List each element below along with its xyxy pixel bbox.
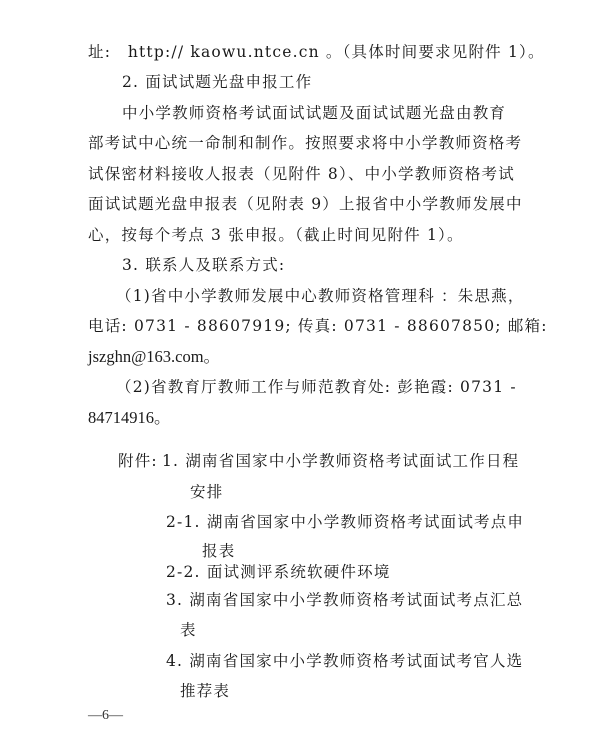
attachment-item-3: 3. 湖南省国家中小学教师资格考试面试考点汇总 — [166, 590, 523, 610]
paragraph-line: 面试试题光盘申报表（见附表 9）上报省中小学教师发展中 — [88, 194, 523, 214]
document-page: 址: http:// kaowu.ntce.cn 。（具体时间要求见附件 1）。… — [0, 0, 591, 744]
attachment-item-4-cont: 推荐表 — [180, 681, 230, 701]
attachment-item-2-1-cont: 报表 — [202, 541, 235, 561]
contact-email: jszghn@163.com。 — [88, 347, 220, 367]
text-line-url: 址: http:// kaowu.ntce.cn 。（具体时间要求见附件 1）。 — [88, 42, 545, 62]
paragraph-line: 试保密材料接收人报表（见附件 8）、中小学教师资格考试 — [88, 164, 515, 184]
contact-line-2: （2)省教育厅教师工作与师范教育处: 彭艳霞: 0731 - — [116, 377, 517, 397]
section-heading-2: 2. 面试试题光盘申报工作 — [122, 72, 312, 92]
attachment-item-1: 1. 湖南省国家中小学教师资格考试面试工作日程 — [162, 451, 519, 471]
attachments-label: 附件: — [118, 451, 158, 471]
contact-phone-fax-email: 电话: 0731 - 88607919; 传真: 0731 - 88607850… — [88, 316, 548, 336]
paragraph-line: 心，按每个考点 3 张申报。（截止时间见附件 1）。 — [88, 225, 464, 245]
paragraph-line: 中小学教师资格考试面试试题及面试试题光盘由教育 — [122, 103, 506, 123]
contact-phone-2: 84714916。 — [88, 408, 171, 428]
attachment-item-1-cont: 安排 — [190, 482, 223, 502]
attachment-item-2-1: 2-1. 湖南省国家中小学教师资格考试面试考点申 — [166, 512, 524, 532]
page-number: —6— — [88, 708, 123, 724]
attachment-item-4: 4. 湖南省国家中小学教师资格考试面试考官人选 — [166, 651, 523, 671]
attachment-item-2-2: 2-2. 面试测评系统软硬件环境 — [166, 562, 391, 582]
contact-line-1: （1)省中小学教师发展中心教师资格管理科 ：朱思燕， — [116, 286, 525, 306]
attachment-item-3-cont: 表 — [180, 620, 197, 640]
section-heading-3: 3. 联系人及联系方式: — [122, 255, 285, 275]
paragraph-line: 部考试中心统一命制和制作。按照要求将中小学教师资格考 — [88, 133, 522, 153]
